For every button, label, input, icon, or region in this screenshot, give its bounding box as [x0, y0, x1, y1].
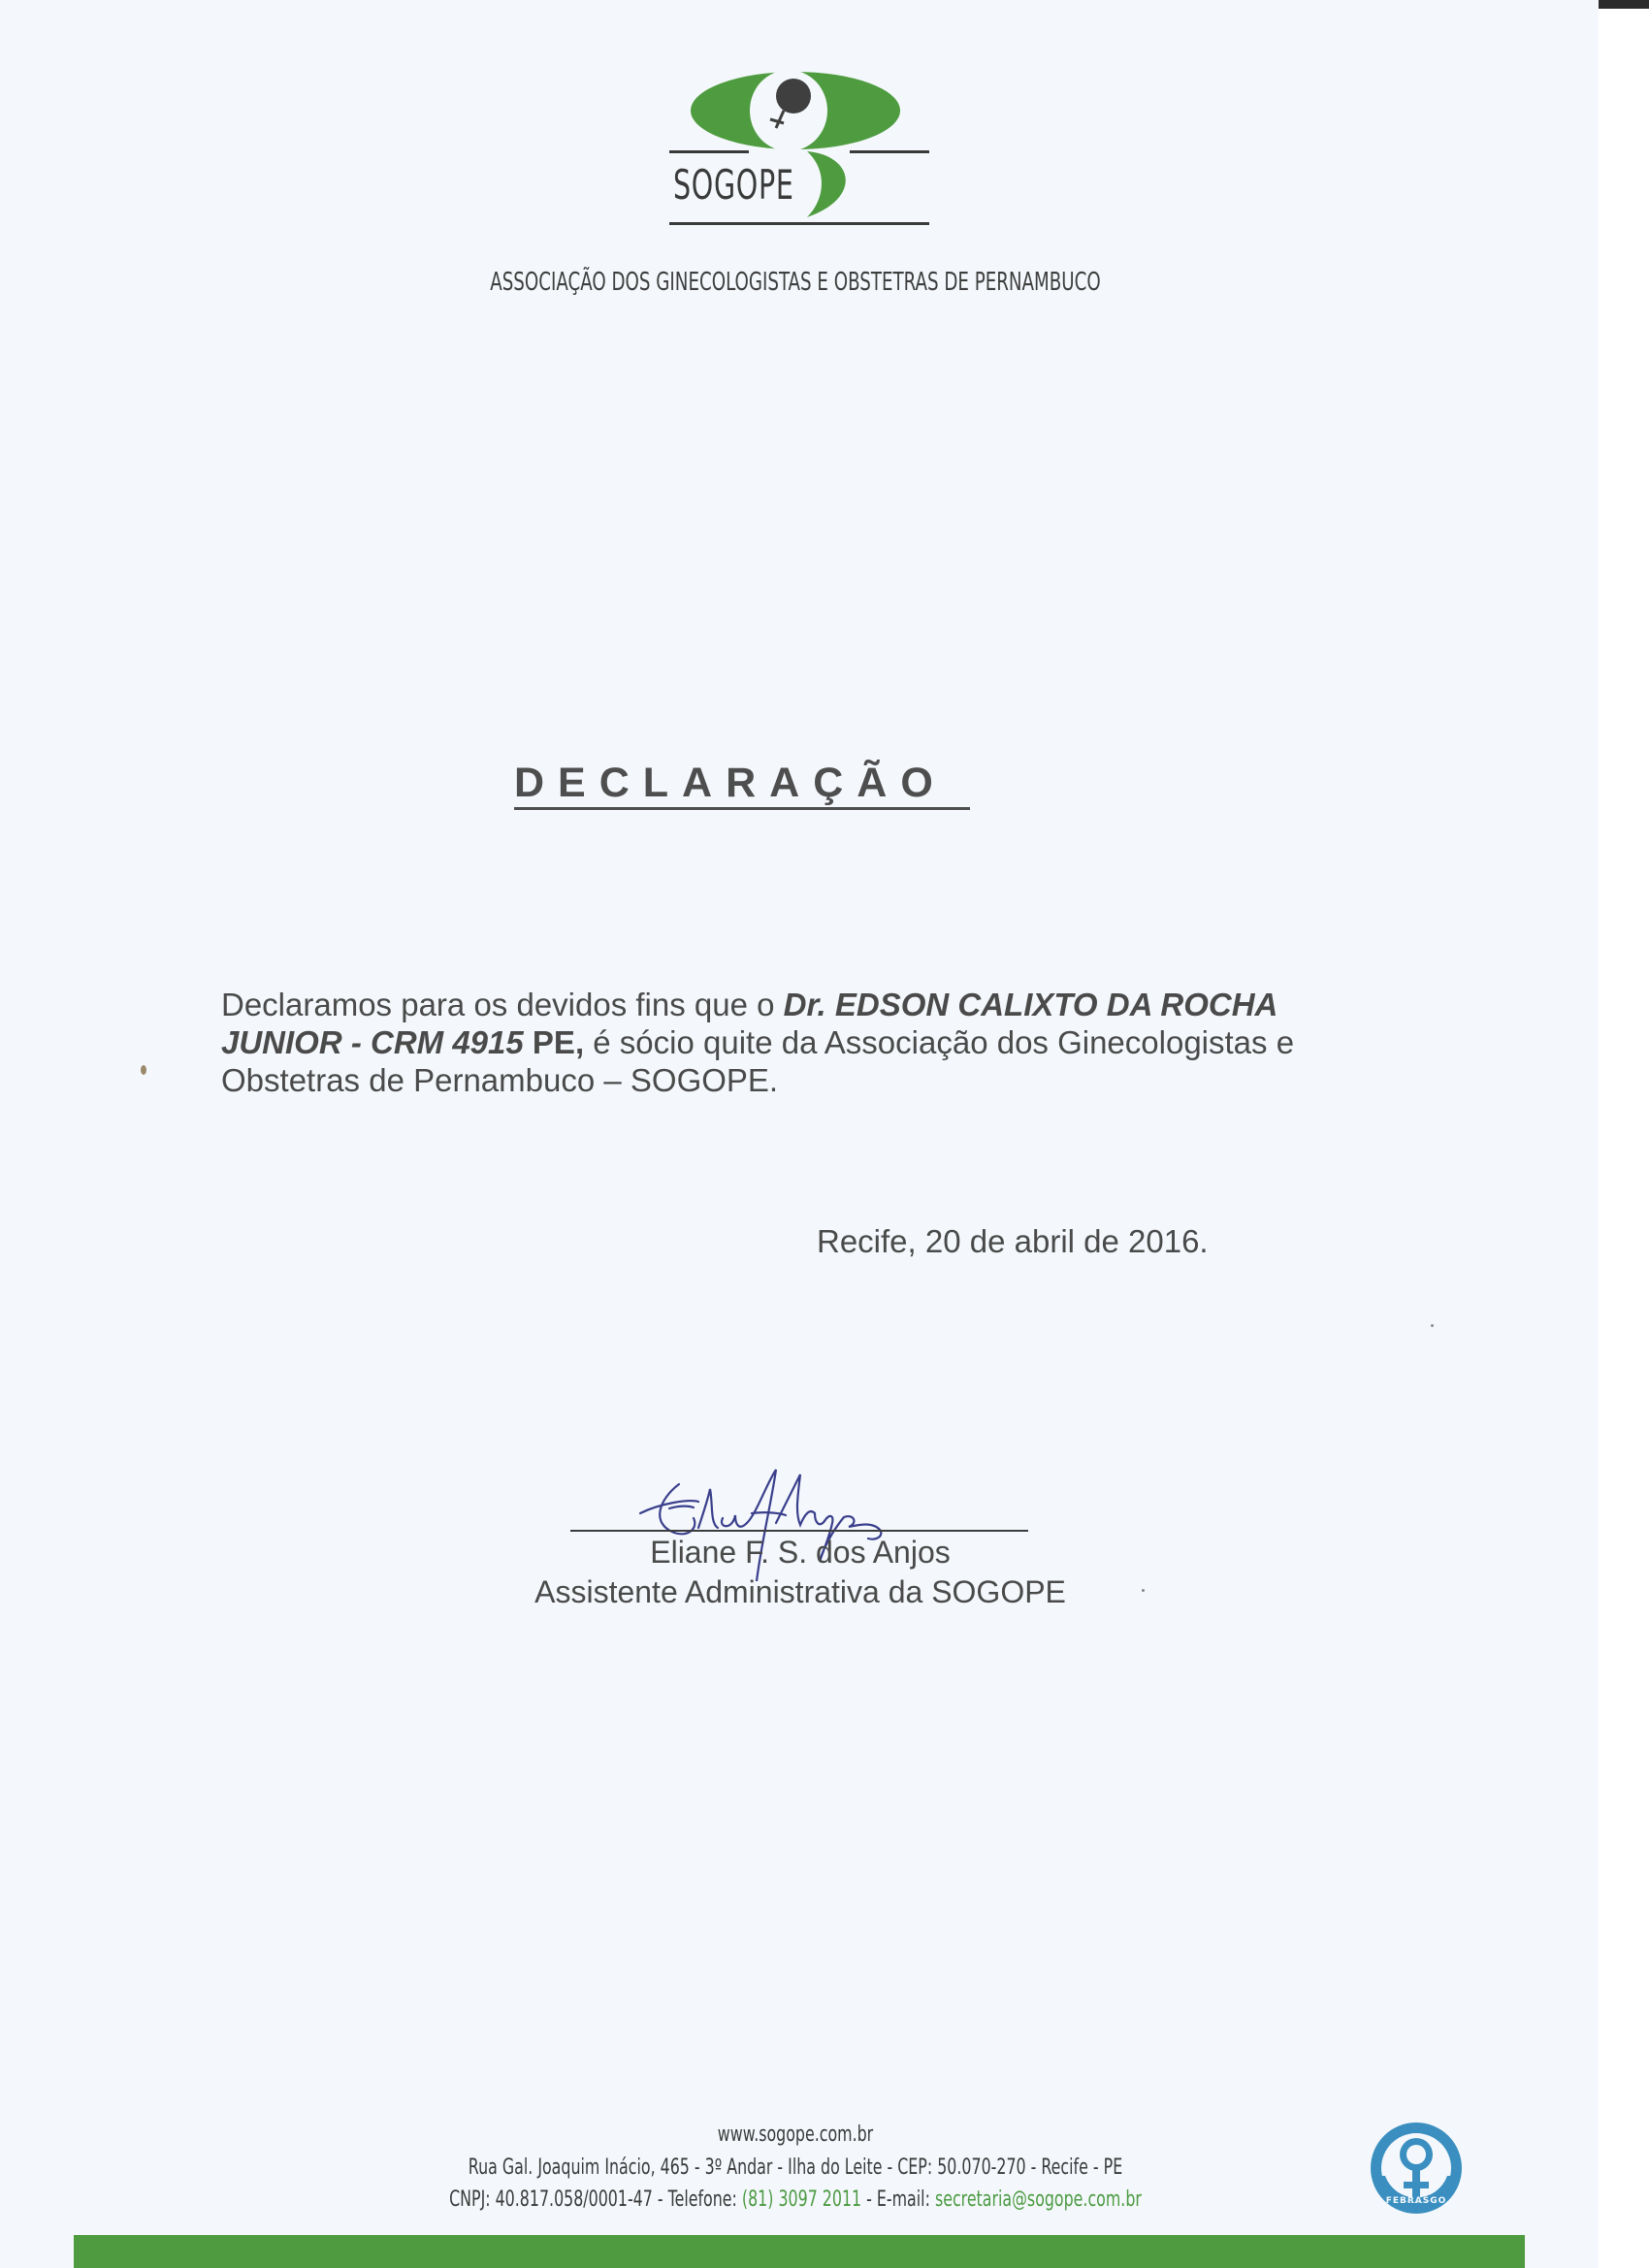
email-address: secretaria@sogope.com.br [935, 2187, 1142, 2212]
footer-address: Rua Gal. Joaquim Inácio, 465 - 3º Andar … [223, 2155, 1369, 2180]
signature-line [570, 1530, 1028, 1532]
body-line-1: Declaramos para os devidos fins que o Dr… [221, 986, 1385, 1023]
document-title: DECLARAÇÃO [514, 760, 970, 807]
footer-green-bar [74, 2235, 1525, 2268]
title-underline [514, 807, 970, 810]
febrasgo-female-symbol-icon: FEBRASGO [1368, 2120, 1465, 2217]
signer-role: Assistente Administrativa da SOGOPE [0, 1574, 1600, 1610]
scan-edge-bar [1599, 0, 1649, 9]
body-line-3: Obstetras de Pernambuco – SOGOPE. [221, 1061, 1385, 1099]
footer-contact: CNPJ: 40.817.058/0001-47 - Telefone: (81… [223, 2187, 1369, 2212]
email-label: - E-mail: [861, 2187, 935, 2212]
body-text-prefix: Declaramos para os devidos fins que o [221, 987, 784, 1022]
organization-name: ASSOCIAÇÃO DOS GINECOLOGISTAS E OBSTETRA… [175, 268, 1415, 297]
scan-speck [1431, 1324, 1434, 1327]
svg-text:FEBRASGO: FEBRASGO [1386, 2196, 1447, 2206]
date-line: Recife, 20 de abril de 2016. [817, 1223, 1209, 1260]
febrasgo-logo: FEBRASGO [1368, 2120, 1465, 2217]
doctor-name: Dr. EDSON CALIXTO DA ROCHA [784, 987, 1278, 1022]
phone-number: (81) 3097 2011 [742, 2187, 861, 2212]
signer-name: Eliane F. S. dos Anjos [0, 1535, 1600, 1571]
declaration-body: Declaramos para os devidos fins que o Dr… [221, 986, 1385, 1099]
body-line-2: JUNIOR - CRM 4915 PE, é sócio quite da A… [221, 1023, 1385, 1061]
footer-website: www.sogope.com.br [223, 2122, 1369, 2147]
logo-text: SOGOPE [673, 161, 794, 209]
scan-speck [141, 1065, 146, 1075]
body-text-suffix: é sócio quite da Associação dos Ginecolo… [584, 1024, 1294, 1060]
scan-speck [1142, 1589, 1145, 1592]
crm-state: PE, [524, 1024, 584, 1060]
doctor-name-crm: JUNIOR - CRM 4915 [221, 1024, 524, 1060]
scan-margin [1599, 0, 1649, 2268]
cnpj-label: CNPJ: 40.817.058/0001-47 - Telefone: [449, 2187, 742, 2212]
sogope-logo: SOGOPE [660, 72, 931, 227]
